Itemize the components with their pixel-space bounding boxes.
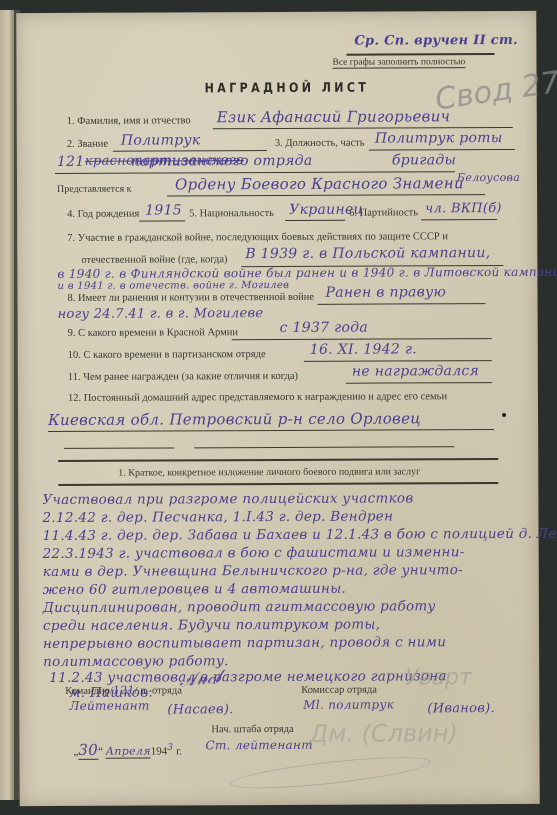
- field-3-brigade: бригады: [392, 152, 456, 168]
- field-2-label: 2. Звание: [67, 139, 108, 150]
- field-2-line: [113, 150, 267, 152]
- feat-line: 11.4.43 г. дер. дер. Забава и Бахаев и 1…: [43, 526, 557, 545]
- field-8-label: 8. Имеет ли ранения и контузии в отечест…: [67, 292, 314, 304]
- blank-line-b: [194, 446, 454, 448]
- field-8-value-2: ногу 24.7.41 г. в г. Могилеве: [58, 306, 264, 322]
- field-12-value: Киевская обл. Петровский р-н село Орлове…: [48, 409, 421, 429]
- date-day: 30: [78, 741, 98, 760]
- commander-rank: Лейтенант: [69, 699, 149, 713]
- field-6-line: [421, 219, 497, 220]
- blank-line-a: [64, 447, 174, 448]
- presented-note: Белоусова: [457, 171, 520, 184]
- commissar-label: Комиссар отряда: [301, 685, 377, 696]
- feat-line: 2.12.42 г. дер. Песчанка, 1.I.43 г. дер.…: [42, 508, 393, 526]
- field-4-label: 4. Год рождения: [67, 209, 139, 220]
- date-year-hand: 3: [167, 743, 173, 753]
- commissar-rank: Ml. политрук: [303, 697, 394, 711]
- field-7-label-cont: отечественной войне (где, когда): [81, 254, 227, 266]
- commander-label-unit: п.-отряда: [140, 685, 182, 696]
- commander-label-text: Командир: [65, 686, 110, 697]
- date-year-print: 194: [151, 745, 168, 757]
- commander-name: (Насаев).: [167, 702, 233, 717]
- field-3-unit-number: 121: [57, 154, 85, 170]
- section-divider-bottom: [58, 482, 498, 486]
- field-3-label: 3. Должность, часть: [275, 138, 365, 149]
- field-4-value: 1915: [145, 202, 182, 218]
- field-9-label: 9. С какого времени в Красной Армии: [68, 327, 238, 339]
- feat-line: ками в дер. Учневщина Белыничского р-на,…: [43, 562, 463, 580]
- chief-of-staff-rank: Ст. лейтенант: [205, 738, 312, 752]
- commander-signature: 𝒜𝓊𝒸𝓁: [178, 666, 222, 691]
- field-7-label: 7. Участие в гражданской войне, последую…: [67, 231, 448, 244]
- chief-of-staff-label: Нач. штаба отряда: [211, 724, 293, 735]
- field-3-value: Политрук роты: [375, 130, 503, 147]
- pencil-flourish: [229, 751, 432, 795]
- adjacent-page-edge: [0, 10, 14, 800]
- field-10-label: 10. С какого времени в партизанском отря…: [68, 349, 266, 361]
- award-sheet: Ср. Сп. вручен II ст. Все графы заполнит…: [16, 11, 539, 806]
- field-3-unit: партизанского отряда: [131, 153, 313, 170]
- archive-note-underline: [346, 53, 494, 56]
- date-month: Апреля: [106, 745, 151, 759]
- date-line: „30“ Апреля1943 г.: [73, 740, 182, 758]
- commissar-name: (Иванов).: [427, 701, 495, 716]
- presented-line: [167, 194, 485, 196]
- feat-line: непрерывно воспитывает партизан, проводя…: [43, 634, 446, 652]
- feat-line: 22.3.1943 г. участвовал в бою с фашистам…: [43, 544, 465, 562]
- chief-of-staff-pencil-signature: Дм. (Слвин): [309, 719, 457, 748]
- field-6-value: чл. ВКП(б): [425, 201, 502, 216]
- field-3-line: [369, 149, 515, 151]
- field-6-label: 6. Партийность: [349, 207, 418, 218]
- feat-line: Участвовал при разгроме полицейских учас…: [42, 490, 413, 508]
- field-12-label: 12. Постоянный домашний адрес представля…: [68, 391, 447, 404]
- field-11-label: 11. Чем ранее награжден (за какие отличи…: [68, 371, 298, 383]
- ink-spot: [502, 413, 506, 417]
- presented-label: Представляется к: [57, 184, 132, 195]
- field-7-value-2: в 1940 г. в Финляндской войне был ранен …: [57, 265, 557, 281]
- page-title: НАГРАДНОЙ ЛИСТ: [205, 81, 370, 97]
- field-10-line: [304, 360, 492, 362]
- commander-unit: 121: [113, 684, 135, 697]
- field-11-value: не награждался: [352, 363, 479, 380]
- feat-line: Дисциплинирован, проводит агитмассовую р…: [43, 598, 436, 616]
- field-5-label: 5. Национальность: [189, 208, 274, 219]
- field-9-value: с 1937 года: [280, 320, 368, 336]
- field-1-label: 1. Фамилия, имя и отчество: [67, 115, 191, 127]
- feat-heading: 1. Краткое, конкретное изложение личного…: [118, 466, 420, 478]
- commander-label: Командир/121/ п.-отряда: [65, 683, 182, 697]
- archive-note: Ср. Сп. вручен II ст.: [354, 33, 518, 49]
- field-8-value-1: Ранен в правую: [325, 284, 446, 301]
- field-11-line: [346, 382, 492, 384]
- field-10-value: 16. XI. 1942 г.: [310, 341, 417, 357]
- fill-instruction: Все графы заполнить полностью: [332, 57, 465, 69]
- field-4-line: [139, 220, 185, 221]
- field-7-value-3: и в 1941 г. в отечеств. войне г. Могилев: [57, 280, 289, 292]
- field-1-value: Език Афанасий Григорьевич: [217, 107, 451, 126]
- field-2-value: Политрук: [121, 132, 201, 148]
- field-9-line: [232, 338, 492, 340]
- field-7-value-1: В 1939 г. в Польской кампании,: [245, 245, 490, 262]
- feat-line: среди населения. Будучи политруком роты,: [43, 617, 380, 634]
- field-1-line: [213, 127, 513, 129]
- presented-value: Ордену Боевого Красного Знамени: [175, 174, 464, 193]
- date-quote-close: “: [98, 746, 103, 758]
- feat-line: жено 60 гитлеровцев и 4 автомашины.: [43, 581, 346, 598]
- feat-text: Участвовал при разгроме полицейских учас…: [16, 11, 536, 13]
- field-5-line: [285, 220, 345, 221]
- field-8-line: [318, 303, 486, 305]
- date-suffix: г.: [176, 745, 182, 757]
- commissar-pencil-signature: Уварт: [405, 665, 472, 690]
- section-divider-top: [58, 458, 498, 462]
- field-12-line: [48, 429, 494, 432]
